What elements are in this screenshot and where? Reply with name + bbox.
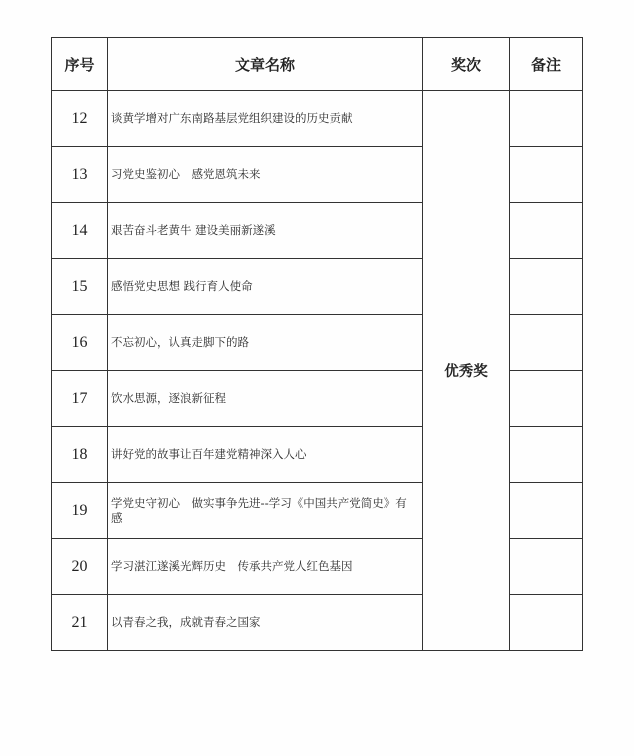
row-note bbox=[510, 91, 583, 147]
header-no: 序号 bbox=[52, 38, 108, 91]
award-table: 序号 文章名称 奖次 备注 12 谈黄学增对广东南路基层党组织建设的历史贡献 优… bbox=[51, 37, 583, 651]
header-award: 奖次 bbox=[423, 38, 510, 91]
award-group-cell: 优秀奖 bbox=[423, 91, 510, 651]
row-title: 感悟党史思想 践行育人使命 bbox=[108, 259, 423, 315]
row-note bbox=[510, 539, 583, 595]
row-title: 学习湛江遂溪光辉历史 传承共产党人红色基因 bbox=[108, 539, 423, 595]
row-title: 不忘初心，认真走脚下的路 bbox=[108, 315, 423, 371]
row-no: 13 bbox=[52, 147, 108, 203]
row-note bbox=[510, 427, 583, 483]
row-no: 18 bbox=[52, 427, 108, 483]
row-title: 以青春之我，成就青春之国家 bbox=[108, 595, 423, 651]
row-no: 15 bbox=[52, 259, 108, 315]
header-title: 文章名称 bbox=[108, 38, 423, 91]
row-title: 学党史守初心 做实事争先进--学习《中国共产党简史》有感 bbox=[108, 483, 423, 539]
document-page: 序号 文章名称 奖次 备注 12 谈黄学增对广东南路基层党组织建设的历史贡献 优… bbox=[0, 0, 634, 756]
row-note bbox=[510, 483, 583, 539]
header-note: 备注 bbox=[510, 38, 583, 91]
row-note bbox=[510, 147, 583, 203]
row-no: 14 bbox=[52, 203, 108, 259]
row-title: 习党史鉴初心 感党恩筑未来 bbox=[108, 147, 423, 203]
row-title: 艰苦奋斗老黄牛 建设美丽新遂溪 bbox=[108, 203, 423, 259]
row-no: 16 bbox=[52, 315, 108, 371]
row-title: 饮水思源，逐浪新征程 bbox=[108, 371, 423, 427]
table-row: 12 谈黄学增对广东南路基层党组织建设的历史贡献 优秀奖 bbox=[52, 91, 583, 147]
row-note bbox=[510, 203, 583, 259]
row-no: 17 bbox=[52, 371, 108, 427]
row-no: 19 bbox=[52, 483, 108, 539]
table-header-row: 序号 文章名称 奖次 备注 bbox=[52, 38, 583, 91]
row-no: 21 bbox=[52, 595, 108, 651]
row-note bbox=[510, 315, 583, 371]
row-note bbox=[510, 595, 583, 651]
row-title: 谈黄学增对广东南路基层党组织建设的历史贡献 bbox=[108, 91, 423, 147]
row-title: 讲好党的故事让百年建党精神深入人心 bbox=[108, 427, 423, 483]
row-note bbox=[510, 259, 583, 315]
row-no: 20 bbox=[52, 539, 108, 595]
row-note bbox=[510, 371, 583, 427]
row-no: 12 bbox=[52, 91, 108, 147]
